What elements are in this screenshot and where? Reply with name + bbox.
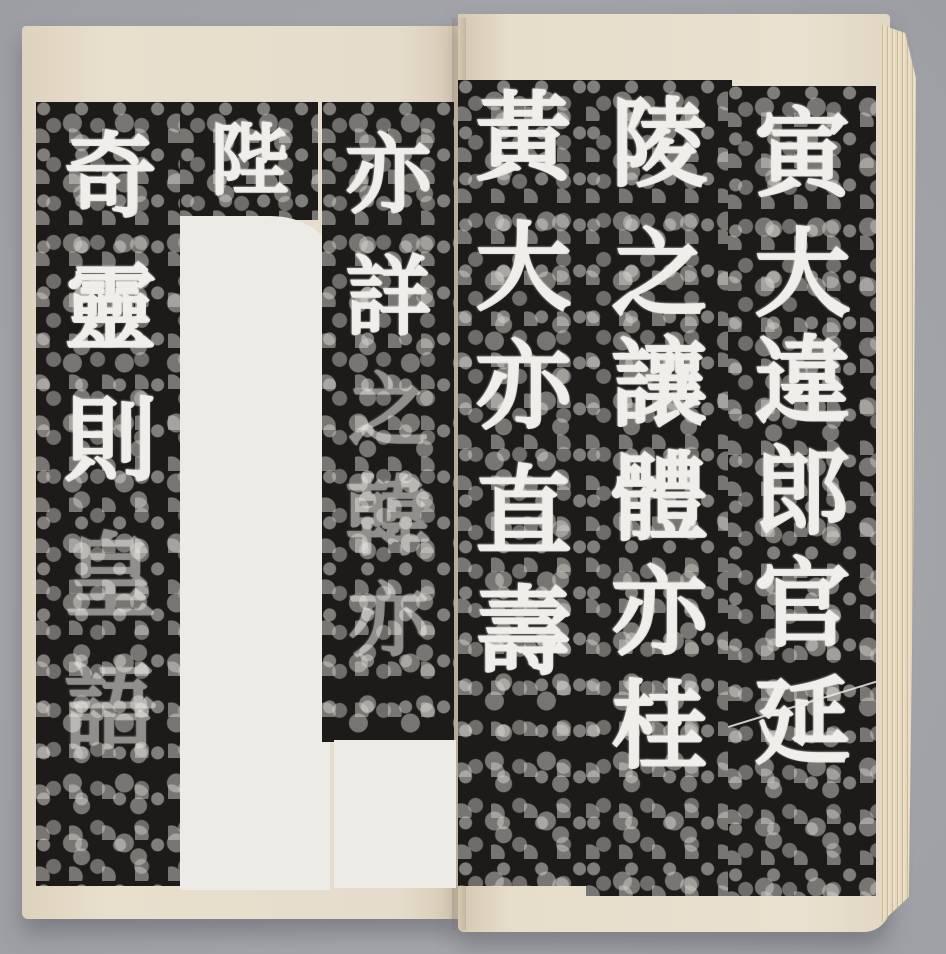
inscription-character: 寅 xyxy=(728,106,876,202)
inscription-character: 之 xyxy=(586,226,732,322)
rubbing-column-right-page-2: 陵 之 讓 體 亦 桂 xyxy=(586,80,732,896)
inscription-character: 大 xyxy=(458,220,588,316)
inscription-character: 郎 xyxy=(728,444,876,540)
rubbing-column-right-page-1: 黃 大 亦 直 壽 xyxy=(458,80,588,886)
inscription-character: 官 xyxy=(728,556,876,652)
rubbing-column-right-page-3: 寅 大 違 郎 官 延 xyxy=(728,86,876,896)
inscription-character: 體 xyxy=(586,450,732,546)
blank-paper-patch xyxy=(334,740,456,888)
inscription-character: 陵 xyxy=(586,96,732,192)
rubbing-column-left-page-2: 陛 xyxy=(180,102,318,220)
inscription-character: 黃 xyxy=(458,90,588,186)
inscription-character: 讓 xyxy=(586,336,732,432)
inscription-character: 亦 xyxy=(458,338,588,434)
blank-paper-patch xyxy=(180,216,330,890)
inscription-character: 亦 xyxy=(322,132,454,218)
inscription-character: 大 xyxy=(728,226,876,322)
inscription-character: 語 xyxy=(36,662,184,754)
inscription-character: 亦 xyxy=(322,580,454,660)
inscription-character: 靈 xyxy=(36,262,184,354)
rubbing-column-left-page-3: 亦 詳 之 韓 亦 xyxy=(322,102,454,742)
inscription-character: 違 xyxy=(728,334,876,430)
inscription-character: 奇 xyxy=(36,130,184,222)
inscription-character: 則 xyxy=(36,394,184,486)
inscription-character: 詳 xyxy=(322,254,454,340)
rubbing-column-left-page-1: 奇 靈 則 皇 語 xyxy=(36,102,184,886)
inscription-character: 皇 xyxy=(36,530,184,622)
inscription-character: 亦 xyxy=(586,564,732,660)
inscription-character: 之 xyxy=(322,370,454,450)
inscription-character: 直 xyxy=(458,464,588,560)
inscription-character: 壽 xyxy=(458,584,588,680)
inscription-character: 陛 xyxy=(180,122,318,200)
inscription-character: 韓 xyxy=(322,474,454,560)
inscription-character: 桂 xyxy=(586,678,732,774)
